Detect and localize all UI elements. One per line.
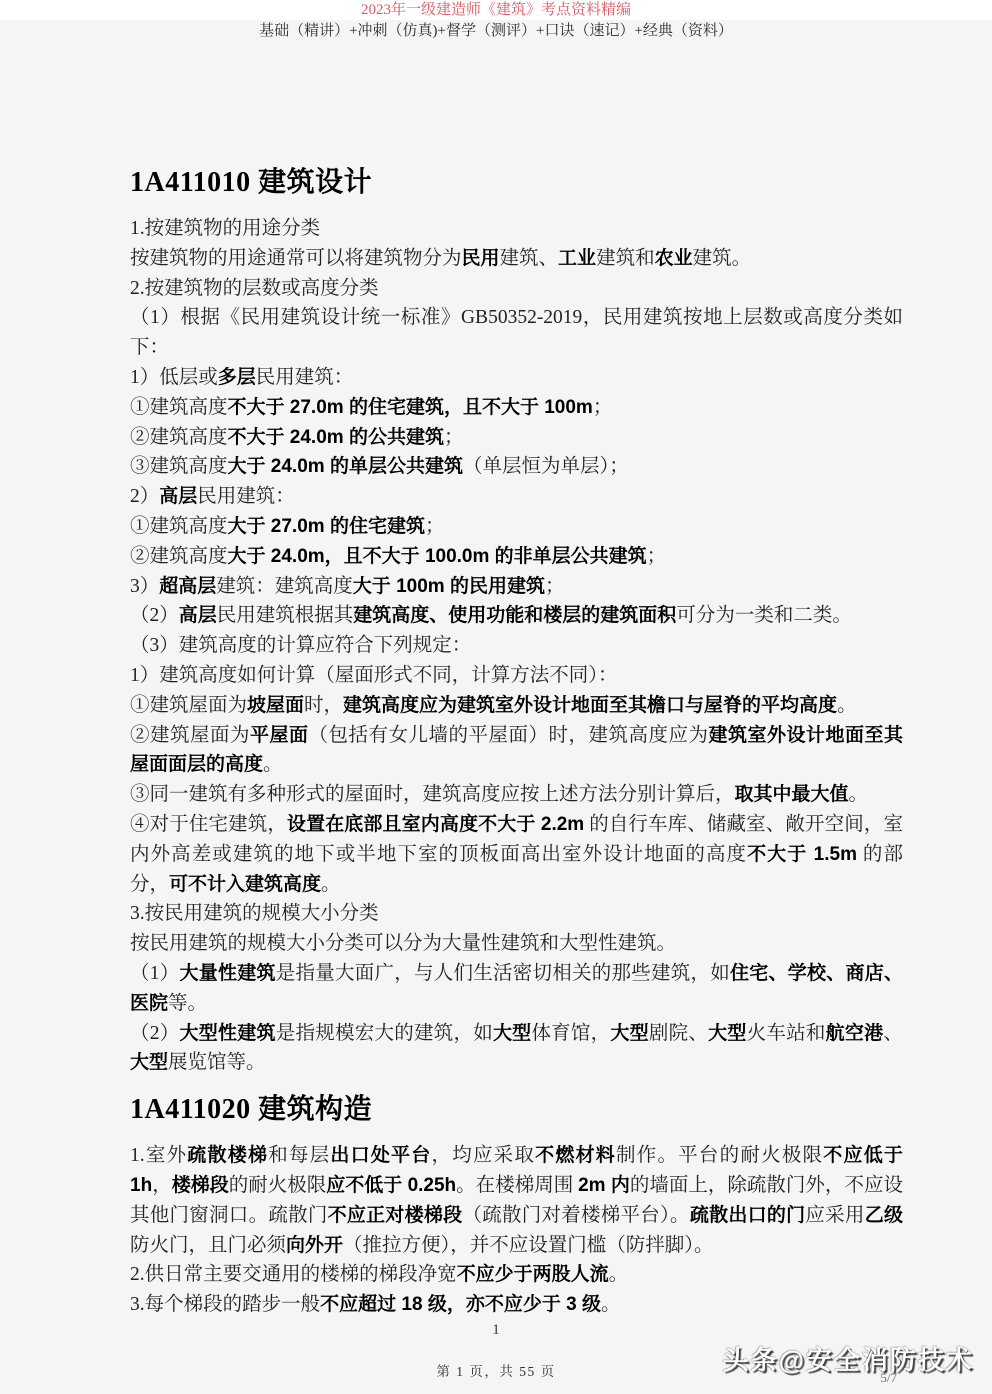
text-run: ；: [647, 546, 667, 567]
text-run: 建筑和: [596, 248, 655, 269]
text-run: 建筑。: [693, 248, 752, 269]
paragraph: 1）建筑高度如何计算（屋面形式不同，计算方法不同）：: [130, 661, 903, 691]
paragraph: ③建筑高度大于 24.0m 的单层公共建筑（单层恒为单层）；: [130, 452, 903, 482]
paragraph: （1）根据《民用建筑设计统一标准》GB50352-2019，民用建筑按地上层数或…: [130, 303, 903, 363]
bold-text-run: 不应超过 18 级，亦不应少于 3 级: [320, 1294, 601, 1315]
text-run: 建筑、: [500, 248, 559, 269]
text-run: ；: [593, 397, 613, 418]
text-run: ②建筑高度: [130, 427, 228, 448]
text-run: （疏散门对着楼梯平台）。: [462, 1205, 689, 1226]
text-run: 3.按民用建筑的规模大小分类: [130, 903, 379, 924]
bold-text-run: 不应正对楼梯段: [328, 1205, 463, 1226]
text-run: 。: [849, 784, 869, 805]
text-run: 3.每个梯段的踏步一般: [130, 1294, 320, 1315]
text-run: 、: [883, 1023, 903, 1044]
section-title: 1A411020 建筑构造: [130, 1093, 903, 1127]
text-run: 。: [321, 874, 341, 895]
text-run: 3）: [130, 576, 159, 597]
document-header-band: 2023年一级建造师《建筑》考点资料精编: [0, 0, 992, 20]
bold-text-run: 设置在底部且室内高度不大于 2.2m: [287, 814, 584, 835]
bold-text-run: 大于 100m 的民用建筑: [353, 576, 545, 597]
text-run: 1）低层或: [130, 367, 218, 388]
bold-text-run: 大于 27.0m 的住宅建筑: [228, 516, 425, 537]
text-run: 民用建筑：: [197, 486, 295, 507]
bold-text-run: 大于 24.0m 的单层公共建筑: [228, 456, 463, 477]
bold-text-run: 取其中最大值: [735, 784, 849, 805]
bold-text-run: 超高层: [159, 576, 216, 597]
bold-text-run: 不大于 27.0m 的住宅建筑，且不大于 100m: [228, 397, 593, 418]
bold-text-run: 应不低于 0.25h: [326, 1175, 456, 1196]
paragraph: 1）低层或多层民用建筑：: [130, 363, 903, 393]
paragraph: ①建筑高度大于 27.0m 的住宅建筑；: [130, 512, 903, 542]
page-number: 1: [0, 1322, 992, 1339]
text-run: 民用建筑：: [256, 367, 354, 388]
text-run: ，: [152, 1175, 172, 1196]
bold-text-run: 出口处平台: [330, 1145, 431, 1166]
text-run: 等。: [168, 993, 207, 1014]
text-run: ①建筑高度: [130, 516, 228, 537]
text-run: （推拉方便），并不应设置门槛（防拌脚）。: [343, 1235, 714, 1256]
text-run: 可分为一类和二类。: [676, 605, 852, 626]
text-run: （2）: [130, 1023, 180, 1044]
text-run: 。: [263, 754, 283, 775]
watermark: 头条@安全消防技术: [723, 1340, 974, 1377]
text-run: 剧院、: [649, 1023, 708, 1044]
text-run: 2.按建筑物的层数或高度分类: [130, 278, 379, 299]
text-run: 。: [601, 1294, 621, 1315]
corner-page-indicator: 5/7: [880, 1370, 897, 1386]
text-run: 2）: [130, 486, 159, 507]
paragraph: （1）大量性建筑是指量大面广，与人们生活密切相关的那些建筑，如住宅、学校、商店、…: [130, 959, 903, 1019]
text-run: 。在楼梯周围: [456, 1175, 578, 1196]
paragraph: （2）大型性建筑是指规模宏大的建筑，如大型体育馆，大型剧院、大型火车站和航空港、…: [130, 1019, 903, 1079]
text-run: ③建筑高度: [130, 456, 228, 477]
text-run: ③同一建筑有多种形式的屋面时，建筑高度应按上述方法分别计算后，: [130, 784, 735, 805]
paragraph: 按民用建筑的规模大小分类可以分为大量性建筑和大型性建筑。: [130, 929, 903, 959]
text-run: 制作。平台的耐火极限: [616, 1145, 823, 1166]
paragraph: （3）建筑高度的计算应符合下列规定：: [130, 631, 903, 661]
bold-text-run: 农业: [655, 248, 693, 269]
bold-text-run: 楼梯段: [172, 1175, 229, 1196]
text-run: 是指规模宏大的建筑，如: [276, 1023, 493, 1044]
bold-text-run: 大型性建筑: [180, 1023, 276, 1044]
text-run: ④对于住宅建筑，: [130, 814, 287, 835]
bold-text-run: 可不计入建筑高度: [169, 874, 321, 895]
text-run: 是指量大面广，与人们生活密切相关的那些建筑，如: [276, 963, 730, 984]
bold-text-run: 疏散出口的门: [690, 1205, 806, 1226]
text-run: 1.室外: [130, 1145, 187, 1166]
paragraph: ②建筑高度不大于 24.0m 的公共建筑；: [130, 423, 903, 453]
bold-text-run: 建筑高度、使用功能和楼层的建筑面积: [353, 605, 676, 626]
paragraph: （2）高层民用建筑根据其建筑高度、使用功能和楼层的建筑面积可分为一类和二类。: [130, 601, 903, 631]
bold-text-run: 大于 24.0m，且不大于 100.0m 的非单层公共建筑: [228, 546, 647, 567]
paragraph: 2）高层民用建筑：: [130, 482, 903, 512]
bold-text-run: 建筑高度应为建筑室外设计地面至其檐口与屋脊的平均高度: [343, 695, 837, 716]
text-run: ；: [545, 576, 565, 597]
document-header-subtitle: 基础（精讲）+冲刺（仿真)+督学（测评）+口诀（速记）+经典（资料）: [0, 20, 992, 44]
text-run: ①建筑高度: [130, 397, 228, 418]
text-run: 和每层: [268, 1145, 330, 1166]
text-run: 。: [609, 1264, 629, 1285]
paragraph: 按建筑物的用途通常可以将建筑物分为民用建筑、工业建筑和农业建筑。: [130, 244, 903, 274]
text-run: 2.供日常主要交通用的楼梯的梯段净宽: [130, 1264, 457, 1285]
text-run: ②建筑高度: [130, 546, 228, 567]
bold-text-run: 2m 内: [578, 1175, 630, 1196]
text-run: （单层恒为单层）；: [463, 456, 629, 477]
paragraph: ①建筑高度不大于 27.0m 的住宅建筑，且不大于 100m；: [130, 393, 903, 423]
text-run: （1）根据《民用建筑设计统一标准》GB50352-2019，民用建筑按地上层数或…: [130, 307, 903, 358]
bold-text-run: 大型: [493, 1023, 532, 1044]
text-run: 。: [837, 695, 857, 716]
paragraph: 2.供日常主要交通用的楼梯的梯段净宽不应少于两股人流。: [130, 1260, 903, 1290]
text-run: 1）建筑高度如何计算（屋面形式不同，计算方法不同）：: [130, 665, 618, 686]
paragraph: 3）超高层建筑：建筑高度大于 100m 的民用建筑；: [130, 572, 903, 602]
bold-text-run: 不大于 1.5m: [747, 844, 857, 865]
text-run: 民用建筑根据其: [217, 605, 354, 626]
bold-text-run: 大型: [130, 1052, 168, 1073]
bold-text-run: 大型: [708, 1023, 747, 1044]
text-run: （1）: [130, 963, 180, 984]
paragraph: 2.按建筑物的层数或高度分类: [130, 274, 903, 304]
text-run: 1.按建筑物的用途分类: [130, 218, 320, 239]
text-run: 体育馆，: [531, 1023, 610, 1044]
bold-text-run: 平屋面: [250, 725, 309, 746]
bold-text-run: 不燃材料: [535, 1145, 616, 1166]
paragraph: 1.室外疏散楼梯和每层出口处平台，均应采取不燃材料制作。平台的耐火极限不应低于 …: [130, 1141, 903, 1260]
paragraph: 3.每个梯段的踏步一般不应超过 18 级，亦不应少于 3 级。: [130, 1290, 903, 1320]
bold-text-run: 工业: [558, 248, 596, 269]
paragraph: ④对于住宅建筑，设置在底部且室内高度不大于 2.2m 的自行车库、储藏室、敞开空…: [130, 810, 903, 899]
document-body: 1A411010 建筑设计1.按建筑物的用途分类按建筑物的用途通常可以将建筑物分…: [130, 166, 903, 1320]
paragraph: ③同一建筑有多种形式的屋面时，建筑高度应按上述方法分别计算后，取其中最大值。: [130, 780, 903, 810]
text-run: 的耐火极限: [229, 1175, 327, 1196]
text-run: （包括有女儿墙的平屋面）时，建筑高度应为: [309, 725, 709, 746]
bold-text-run: 大型: [610, 1023, 649, 1044]
paragraph: ②建筑屋面为平屋面（包括有女儿墙的平屋面）时，建筑高度应为建筑室外设计地面至其屋…: [130, 721, 903, 781]
bold-text-run: 向外开: [286, 1235, 343, 1256]
bold-text-run: 高层: [179, 605, 217, 626]
text-run: 火车站和: [747, 1023, 826, 1044]
text-run: （3）建筑高度的计算应符合下列规定：: [130, 635, 471, 656]
text-run: ，均应采取: [432, 1145, 536, 1166]
text-run: 时，: [304, 695, 343, 716]
bold-text-run: 疏散楼梯: [187, 1145, 268, 1166]
paragraph: ①建筑屋面为坡屋面时，建筑高度应为建筑室外设计地面至其檐口与屋脊的平均高度。: [130, 691, 903, 721]
text-run: ①建筑屋面为: [130, 695, 247, 716]
text-run: ；: [444, 427, 464, 448]
bold-text-run: 不应少于两股人流: [457, 1264, 609, 1285]
bold-text-run: 乙级: [865, 1205, 903, 1226]
text-run: 按民用建筑的规模大小分类可以分为大量性建筑和大型性建筑。: [130, 933, 676, 954]
paragraph: 3.按民用建筑的规模大小分类: [130, 899, 903, 929]
text-run: 展览馆等。: [168, 1052, 266, 1073]
text-run: 应采用: [805, 1205, 864, 1226]
text-run: ②建筑屋面为: [130, 725, 250, 746]
text-run: （2）: [130, 605, 179, 626]
text-run: 建筑：建筑高度: [216, 576, 353, 597]
section-title: 1A411010 建筑设计: [130, 166, 903, 200]
text-run: ；: [425, 516, 445, 537]
bold-text-run: 坡屋面: [247, 695, 304, 716]
bold-text-run: 民用: [462, 248, 500, 269]
bold-text-run: 大量性建筑: [180, 963, 276, 984]
paragraph: 1.按建筑物的用途分类: [130, 214, 903, 244]
bold-text-run: 航空港: [826, 1023, 884, 1044]
bold-text-run: 不大于 24.0m 的公共建筑: [228, 427, 444, 448]
paragraph: ②建筑高度大于 24.0m，且不大于 100.0m 的非单层公共建筑；: [130, 542, 903, 572]
bold-text-run: 多层: [218, 367, 256, 388]
text-run: 按建筑物的用途通常可以将建筑物分为: [130, 248, 462, 269]
text-run: 防火门，且门必须: [130, 1235, 286, 1256]
document-header-title: 2023年一级建造师《建筑》考点资料精编: [361, 1, 631, 19]
bold-text-run: 高层: [159, 486, 197, 507]
